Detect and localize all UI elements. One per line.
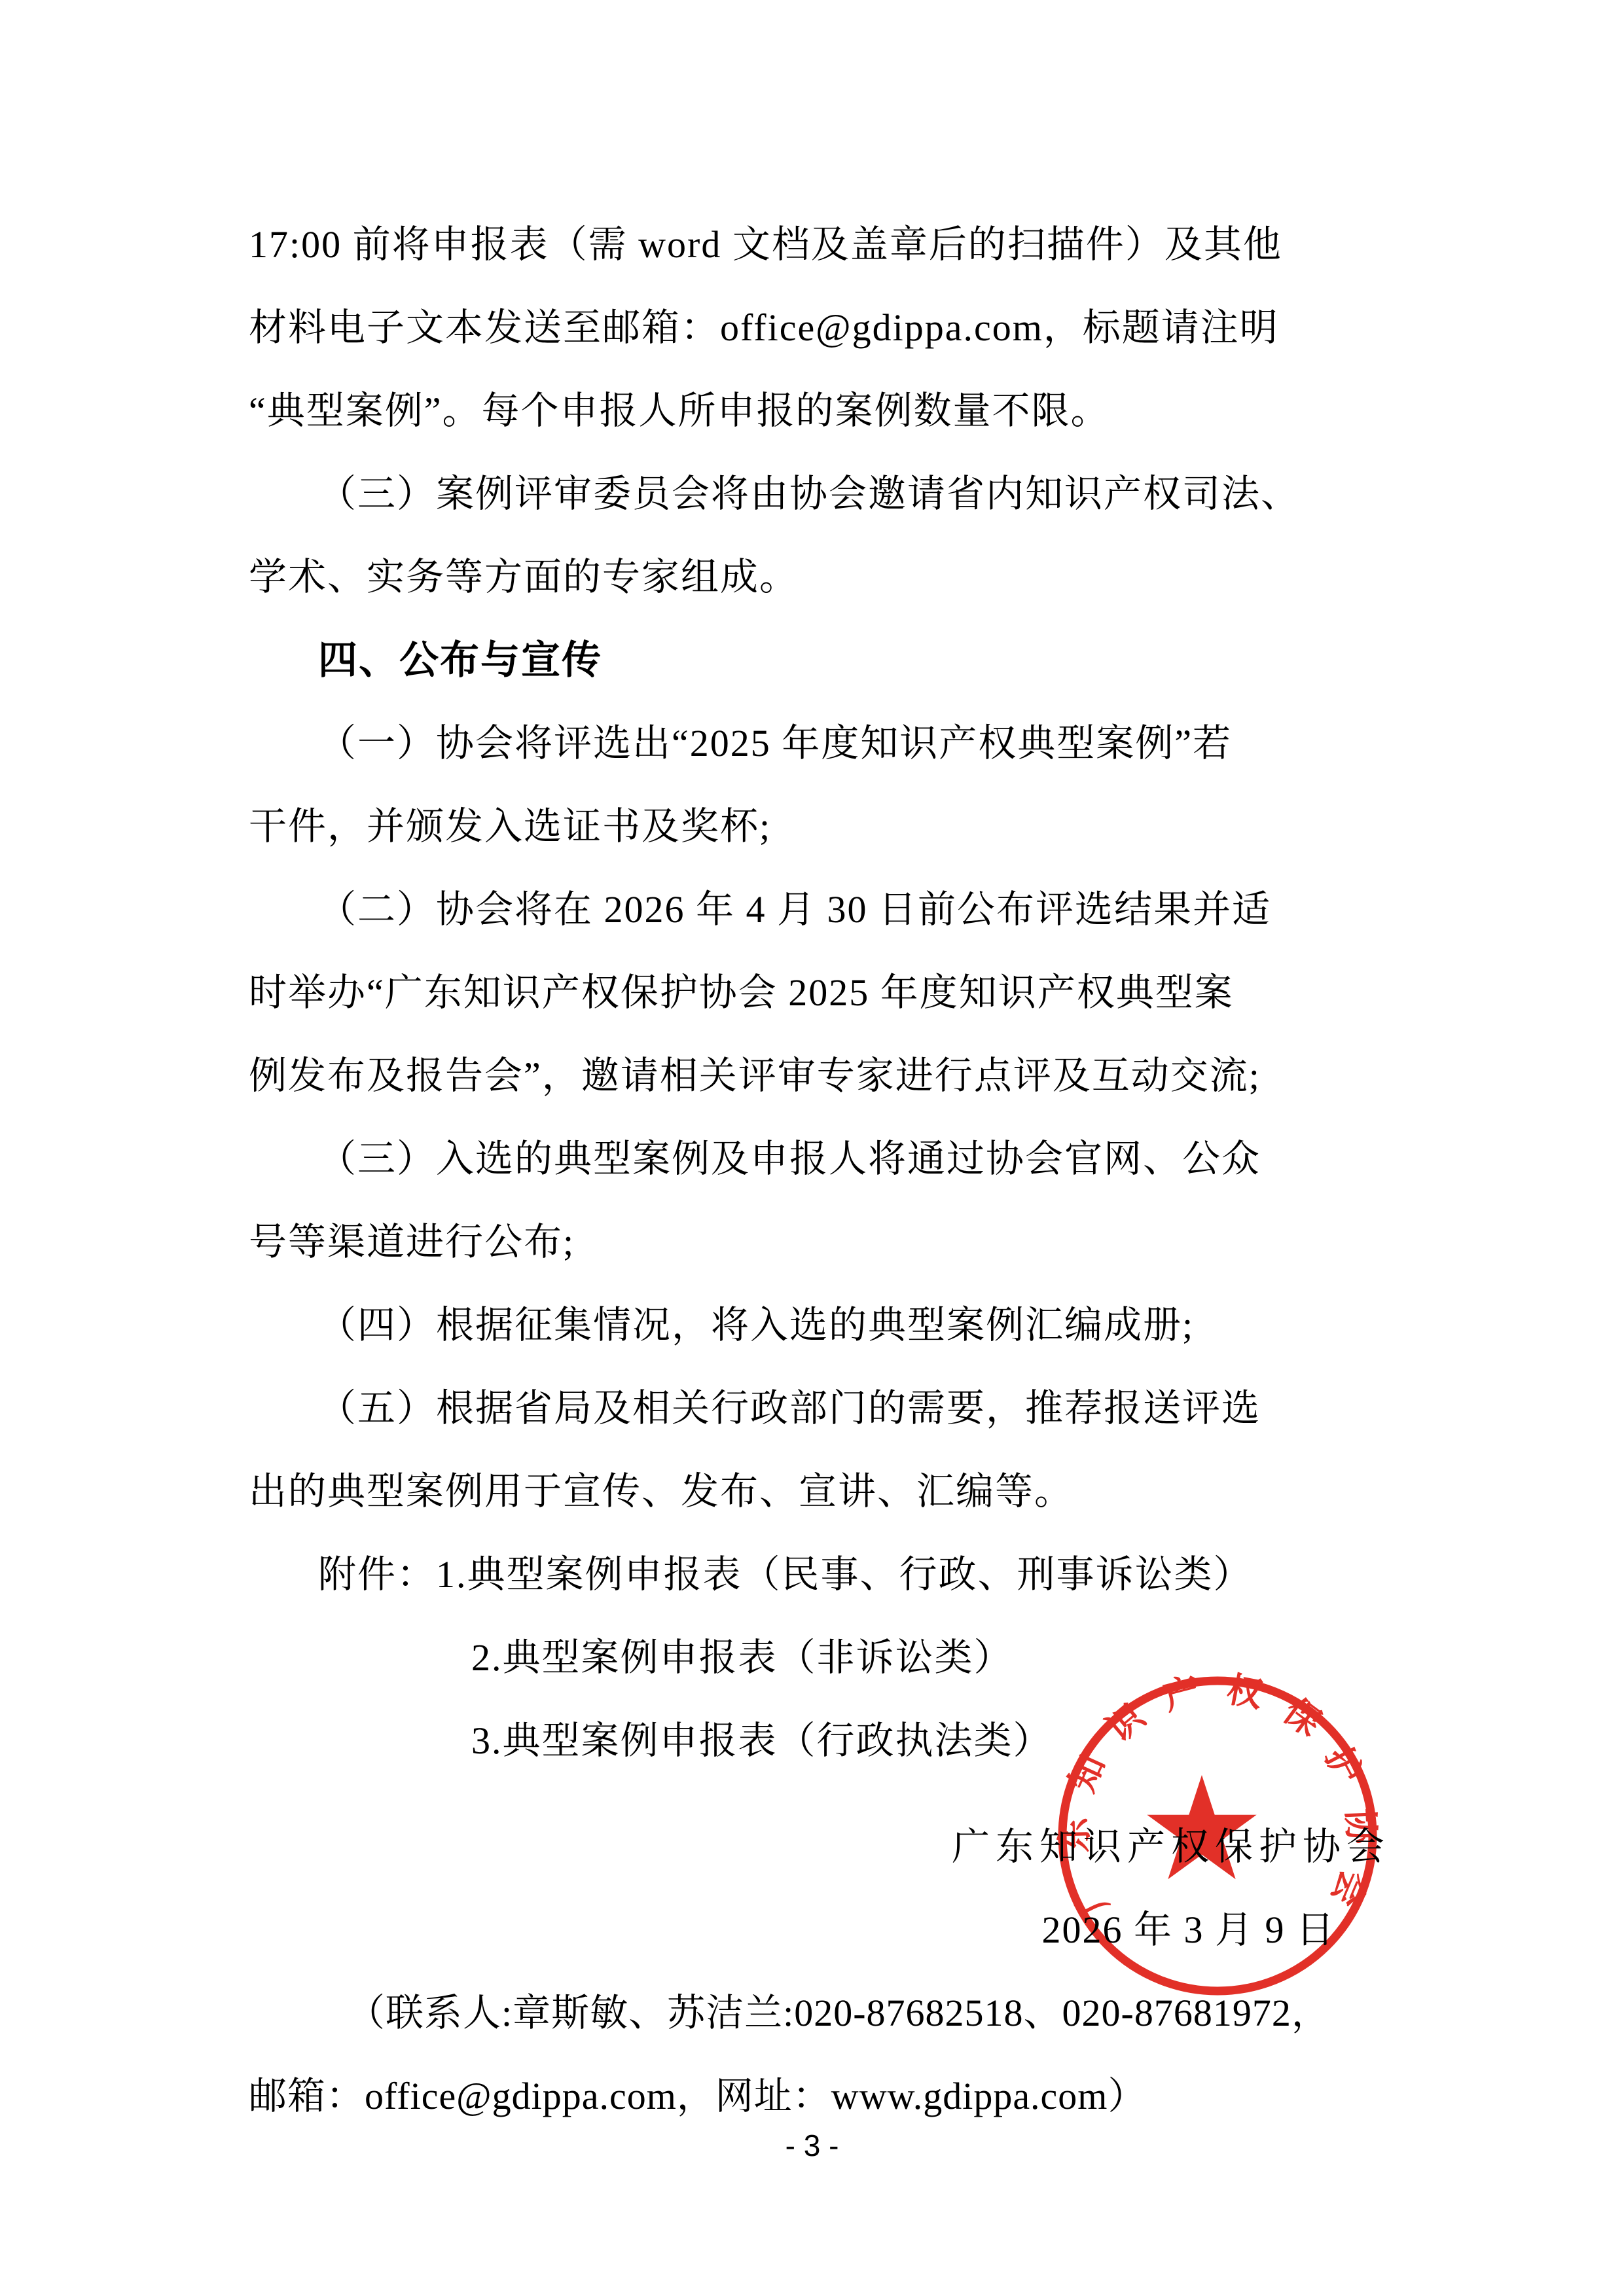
body-line: 号等渠道进行公布;	[249, 1200, 1377, 1283]
body-line: （五）根据省局及相关行政部门的需要，推荐报送评选	[249, 1367, 1377, 1450]
body-line: 学术、实务等方面的专家组成。	[249, 535, 1377, 619]
body-line: “典型案例”。每个申报人所申报的案例数量不限。	[249, 369, 1377, 452]
body-line: 3.典型案例申报表（行政执法类）	[249, 1699, 1377, 1782]
body-line: 17:00 前将申报表（需 word 文档及盖章后的扫描件）及其他	[249, 203, 1377, 286]
body-line: 干件，并颁发入选证书及奖杯;	[249, 785, 1377, 868]
body-line: 例发布及报告会”，邀请相关评审专家进行点评及互动交流;	[249, 1034, 1377, 1117]
page-number: - 3 -	[0, 2126, 1624, 2165]
body-line: （一）协会将评选出“2025 年度知识产权典型案例”若	[249, 702, 1377, 785]
body-line: （二）协会将在 2026 年 4 月 30 日前公布评选结果并适	[249, 868, 1377, 951]
document-body: 17:00 前将申报表（需 word 文档及盖章后的扫描件）及其他材料电子文本发…	[249, 203, 1377, 1782]
contact-line: 邮箱：office@gdippa.com，网址：www.gdippa.com）	[249, 2054, 1427, 2138]
body-line: 出的典型案例用于宣传、发布、宣讲、汇编等。	[249, 1450, 1377, 1533]
document-page: 17:00 前将申报表（需 word 文档及盖章后的扫描件）及其他材料电子文本发…	[0, 0, 1624, 2296]
body-line: 时举办“广东知识产权保护协会 2025 年度知识产权典型案	[249, 951, 1377, 1034]
signature-date: 2026 年 3 月 9 日	[249, 1888, 1335, 1971]
body-line: 四、公布与宣传	[249, 619, 1377, 702]
body-line: （四）根据征集情况，将入选的典型案例汇编成册;	[249, 1283, 1377, 1367]
body-line: （三）入选的典型案例及申报人将通过协会官网、公众	[249, 1117, 1377, 1200]
body-line: （三）案例评审委员会将由协会邀请省内知识产权司法、	[249, 452, 1377, 535]
contact-line: （联系人:章斯敏、苏洁兰:020-87682518、020-87681972，	[249, 1971, 1525, 2054]
body-line: 附件：1.典型案例申报表（民事、行政、刑事诉讼类）	[249, 1533, 1377, 1616]
body-line: 2.典型案例申报表（非诉讼类）	[249, 1616, 1377, 1699]
signature-organization: 广东知识产权保护协会	[249, 1805, 1390, 1888]
body-line: 材料电子文本发送至邮箱：office@gdippa.com，标题请注明	[249, 286, 1377, 369]
